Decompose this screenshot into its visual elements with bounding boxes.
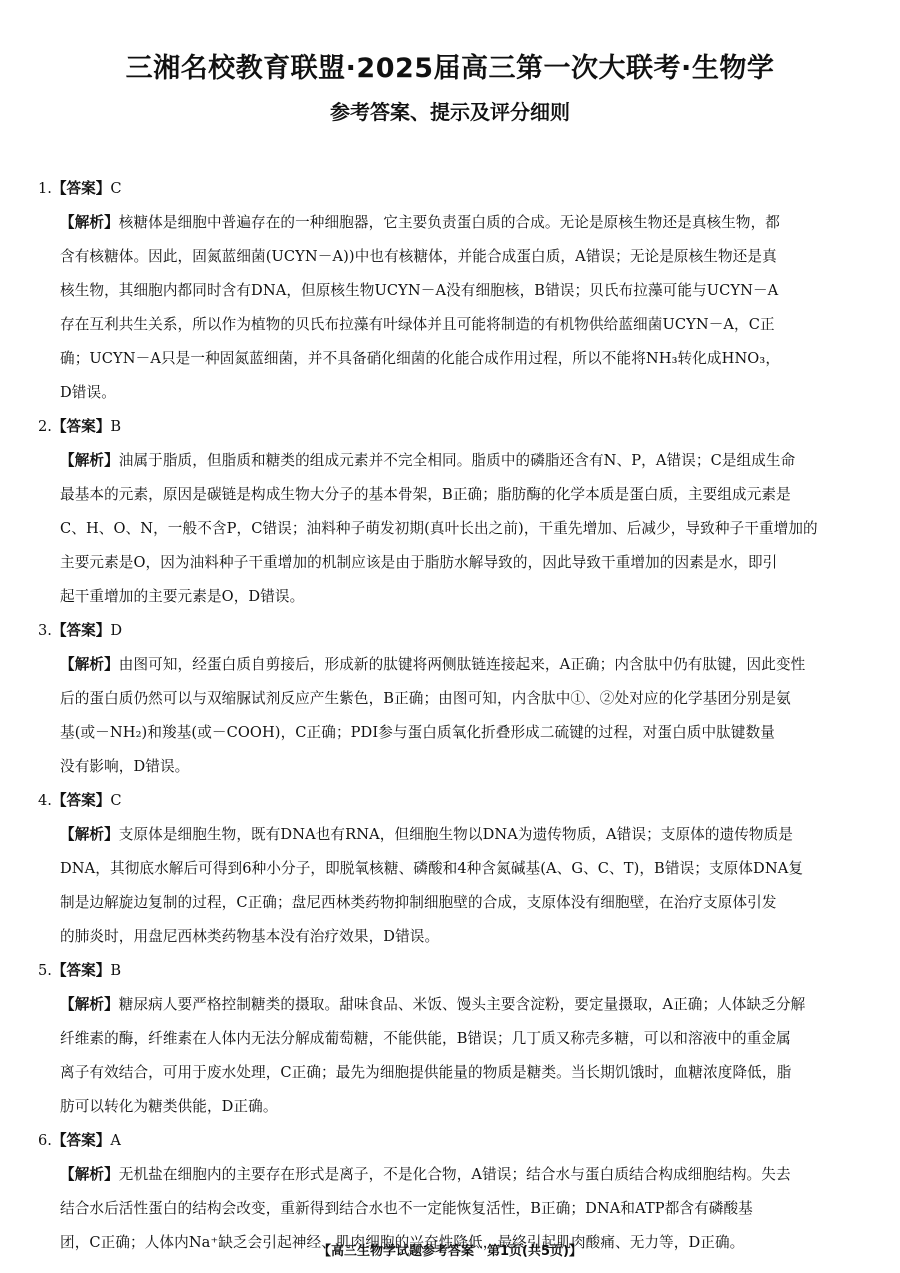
answer-line: 4.【答案】C	[38, 784, 872, 818]
answer-value: C	[110, 180, 121, 197]
analysis-line: 起干重增加的主要元素是O，D错误。	[60, 580, 872, 614]
analysis-text: DNA，其彻底水解后可得到6种小分子，即脱氧核糖、磷酸和4种含氮碱基(A、G、C…	[60, 860, 803, 877]
question-number: 5.	[38, 962, 52, 979]
analysis-tag: 【解析】	[60, 452, 119, 469]
analysis-line: 后的蛋白质仍然可以与双缩脲试剂反应产生紫色，B正确；由图可知，内含肽中①、②处对…	[60, 682, 872, 716]
analysis-tag: 【解析】	[60, 996, 119, 1013]
document-page: 三湘名校教育联盟·2025届高三第一次大联考·生物学 参考答案、提示及评分细则 …	[0, 0, 900, 1273]
analysis-text: 的肺炎时，用盘尼西林类药物基本没有治疗效果，D错误。	[60, 928, 439, 945]
question-block: 3.【答案】D【解析】由图可知，经蛋白质自剪接后，形成新的肽键将两侧肽链连接起来…	[38, 614, 872, 784]
analysis-text: 最基本的元素，原因是碳链是构成生物大分子的基本骨架，B正确；脂肪酶的化学本质是蛋…	[60, 486, 791, 503]
analysis-line: 【解析】支原体是细胞生物，既有DNA也有RNA，但细胞生物以DNA为遗传物质，A…	[60, 818, 872, 852]
analysis-line: 离子有效结合，可用于废水处理，C正确；最先为细胞提供能量的物质是糖类。当长期饥饿…	[60, 1056, 872, 1090]
analysis-line: 【解析】油属于脂质，但脂质和糖类的组成元素并不完全相同。脂质中的磷脂还含有N、P…	[60, 444, 872, 478]
analysis-text: 支原体是细胞生物，既有DNA也有RNA，但细胞生物以DNA为遗传物质，A错误；支…	[119, 826, 793, 843]
analysis-tag: 【解析】	[60, 1166, 119, 1183]
answer-line: 3.【答案】D	[38, 614, 872, 648]
analysis-text: 含有核糖体。因此，固氮蓝细菌(UCYN－A))中也有核糖体，并能合成蛋白质，A错…	[60, 248, 777, 265]
analysis-line: 含有核糖体。因此，固氮蓝细菌(UCYN－A))中也有核糖体，并能合成蛋白质，A错…	[60, 240, 872, 274]
answer-tag: 【答案】	[52, 622, 110, 639]
analysis-text: 制是边解旋边复制的过程，C正确；盘尼西林类药物抑制细胞壁的合成，支原体没有细胞壁…	[60, 894, 777, 911]
analysis-line: 【解析】核糖体是细胞中普遍存在的一种细胞器，它主要负责蛋白质的合成。无论是原核生…	[60, 206, 872, 240]
answer-line: 6.【答案】A	[38, 1124, 872, 1158]
analysis-text: 肪可以转化为糖类供能，D正确。	[60, 1098, 278, 1115]
analysis-paragraph: 【解析】核糖体是细胞中普遍存在的一种细胞器，它主要负责蛋白质的合成。无论是原核生…	[38, 206, 872, 410]
analysis-line: 的肺炎时，用盘尼西林类药物基本没有治疗效果，D错误。	[60, 920, 872, 954]
analysis-paragraph: 【解析】糖尿病人要严格控制糖类的摄取。甜味食品、米饭、馒头主要含淀粉，要定量摄取…	[38, 988, 872, 1124]
document-subtitle: 参考答案、提示及评分细则	[0, 98, 900, 126]
analysis-line: 主要元素是O，因为油料种子干重增加的机制应该是由于脂肪水解导致的，因此导致干重增…	[60, 546, 872, 580]
analysis-line: 纤维素的酶，纤维素在人体内无法分解成葡萄糖，不能供能，B错误；几丁质又称壳多糖，…	[60, 1022, 872, 1056]
analysis-line: DNA，其彻底水解后可得到6种小分子，即脱氧核糖、磷酸和4种含氮碱基(A、G、C…	[60, 852, 872, 886]
analysis-text: 核糖体是细胞中普遍存在的一种细胞器，它主要负责蛋白质的合成。无论是原核生物还是真…	[119, 214, 780, 231]
analysis-line: 基(或－NH₂)和羧基(或－COOH)，C正确；PDI参与蛋白质氧化折叠形成二硫…	[60, 716, 872, 750]
question-block: 5.【答案】B【解析】糖尿病人要严格控制糖类的摄取。甜味食品、米饭、馒头主要含淀…	[38, 954, 872, 1124]
analysis-paragraph: 【解析】油属于脂质，但脂质和糖类的组成元素并不完全相同。脂质中的磷脂还含有N、P…	[38, 444, 872, 614]
question-block: 1.【答案】C【解析】核糖体是细胞中普遍存在的一种细胞器，它主要负责蛋白质的合成…	[38, 172, 872, 410]
document-title: 三湘名校教育联盟·2025届高三第一次大联考·生物学	[0, 52, 900, 86]
answer-value: C	[110, 792, 121, 809]
answer-tag: 【答案】	[52, 792, 110, 809]
answer-value: D	[110, 622, 122, 639]
analysis-tag: 【解析】	[60, 826, 119, 843]
analysis-text: 离子有效结合，可用于废水处理，C正确；最先为细胞提供能量的物质是糖类。当长期饥饿…	[60, 1064, 791, 1081]
question-block: 4.【答案】C【解析】支原体是细胞生物，既有DNA也有RNA，但细胞生物以DNA…	[38, 784, 872, 954]
analysis-text: 主要元素是O，因为油料种子干重增加的机制应该是由于脂肪水解导致的，因此导致干重增…	[60, 554, 777, 571]
question-number: 4.	[38, 792, 52, 809]
analysis-line: 确；UCYN－A只是一种固氮蓝细菌，并不具备硝化细菌的化能合成作用过程，所以不能…	[60, 342, 872, 376]
analysis-line: 存在互利共生关系，所以作为植物的贝氏布拉藻有叶绿体并且可能将制造的有机物供给蓝细…	[60, 308, 872, 342]
analysis-text: 由图可知，经蛋白质自剪接后，形成新的肽键将两侧肽链连接起来，A正确；内含肽中仍有…	[119, 656, 806, 673]
analysis-text: C、H、O、N，一般不含P，C错误；油料种子萌发初期(真叶长出之前)，干重先增加…	[60, 520, 818, 537]
answer-tag: 【答案】	[52, 1132, 110, 1149]
answer-value: B	[110, 962, 121, 979]
analysis-line: C、H、O、N，一般不含P，C错误；油料种子萌发初期(真叶长出之前)，干重先增加…	[60, 512, 872, 546]
answer-line: 5.【答案】B	[38, 954, 872, 988]
analysis-text: 存在互利共生关系，所以作为植物的贝氏布拉藻有叶绿体并且可能将制造的有机物供给蓝细…	[60, 316, 775, 333]
answer-list: 1.【答案】C【解析】核糖体是细胞中普遍存在的一种细胞器，它主要负责蛋白质的合成…	[38, 172, 872, 1260]
analysis-line: D错误。	[60, 376, 872, 410]
analysis-line: 制是边解旋边复制的过程，C正确；盘尼西林类药物抑制细胞壁的合成，支原体没有细胞壁…	[60, 886, 872, 920]
question-block: 2.【答案】B【解析】油属于脂质，但脂质和糖类的组成元素并不完全相同。脂质中的磷…	[38, 410, 872, 614]
analysis-line: 没有影响，D错误。	[60, 750, 872, 784]
answer-value: B	[110, 418, 121, 435]
question-number: 1.	[38, 180, 52, 197]
answer-line: 2.【答案】B	[38, 410, 872, 444]
analysis-line: 结合水后活性蛋白的结构会改变，重新得到结合水也不一定能恢复活性，B正确；DNA和…	[60, 1192, 872, 1226]
analysis-line: 肪可以转化为糖类供能，D正确。	[60, 1090, 872, 1124]
analysis-text: 纤维素的酶，纤维素在人体内无法分解成葡萄糖，不能供能，B错误；几丁质又称壳多糖，…	[60, 1030, 791, 1047]
analysis-text: 核生物，其细胞内都同时含有DNA，但原核生物UCYN－A没有细胞核，B错误；贝氏…	[60, 282, 778, 299]
analysis-line: 【解析】糖尿病人要严格控制糖类的摄取。甜味食品、米饭、馒头主要含淀粉，要定量摄取…	[60, 988, 872, 1022]
answer-tag: 【答案】	[52, 418, 110, 435]
analysis-text: D错误。	[60, 384, 116, 401]
analysis-paragraph: 【解析】由图可知，经蛋白质自剪接后，形成新的肽键将两侧肽链连接起来，A正确；内含…	[38, 648, 872, 784]
analysis-line: 核生物，其细胞内都同时含有DNA，但原核生物UCYN－A没有细胞核，B错误；贝氏…	[60, 274, 872, 308]
question-number: 3.	[38, 622, 52, 639]
analysis-text: 基(或－NH₂)和羧基(或－COOH)，C正确；PDI参与蛋白质氧化折叠形成二硫…	[60, 724, 775, 741]
answer-value: A	[110, 1132, 121, 1149]
analysis-text: 后的蛋白质仍然可以与双缩脲试剂反应产生紫色，B正确；由图可知，内含肽中①、②处对…	[60, 690, 791, 707]
analysis-text: 确；UCYN－A只是一种固氮蓝细菌，并不具备硝化细菌的化能合成作用过程，所以不能…	[60, 350, 780, 367]
page-footer: 【高三生物学试题参考答案 第1页(共5页)】	[0, 1240, 900, 1259]
analysis-text: 起干重增加的主要元素是O，D错误。	[60, 588, 304, 605]
analysis-line: 【解析】由图可知，经蛋白质自剪接后，形成新的肽键将两侧肽链连接起来，A正确；内含…	[60, 648, 872, 682]
analysis-text: 没有影响，D错误。	[60, 758, 189, 775]
answer-tag: 【答案】	[52, 180, 110, 197]
analysis-line: 【解析】无机盐在细胞内的主要存在形式是离子，不是化合物，A错误；结合水与蛋白质结…	[60, 1158, 872, 1192]
analysis-paragraph: 【解析】支原体是细胞生物，既有DNA也有RNA，但细胞生物以DNA为遗传物质，A…	[38, 818, 872, 954]
question-number: 2.	[38, 418, 52, 435]
analysis-tag: 【解析】	[60, 214, 119, 231]
analysis-line: 最基本的元素，原因是碳链是构成生物大分子的基本骨架，B正确；脂肪酶的化学本质是蛋…	[60, 478, 872, 512]
analysis-text: 结合水后活性蛋白的结构会改变，重新得到结合水也不一定能恢复活性，B正确；DNA和…	[60, 1200, 753, 1217]
analysis-text: 油属于脂质，但脂质和糖类的组成元素并不完全相同。脂质中的磷脂还含有N、P，A错误…	[119, 452, 796, 469]
analysis-tag: 【解析】	[60, 656, 119, 673]
analysis-text: 无机盐在细胞内的主要存在形式是离子，不是化合物，A错误；结合水与蛋白质结合构成细…	[119, 1166, 791, 1183]
answer-line: 1.【答案】C	[38, 172, 872, 206]
answer-tag: 【答案】	[52, 962, 110, 979]
analysis-text: 糖尿病人要严格控制糖类的摄取。甜味食品、米饭、馒头主要含淀粉，要定量摄取，A正确…	[119, 996, 806, 1013]
question-number: 6.	[38, 1132, 52, 1149]
